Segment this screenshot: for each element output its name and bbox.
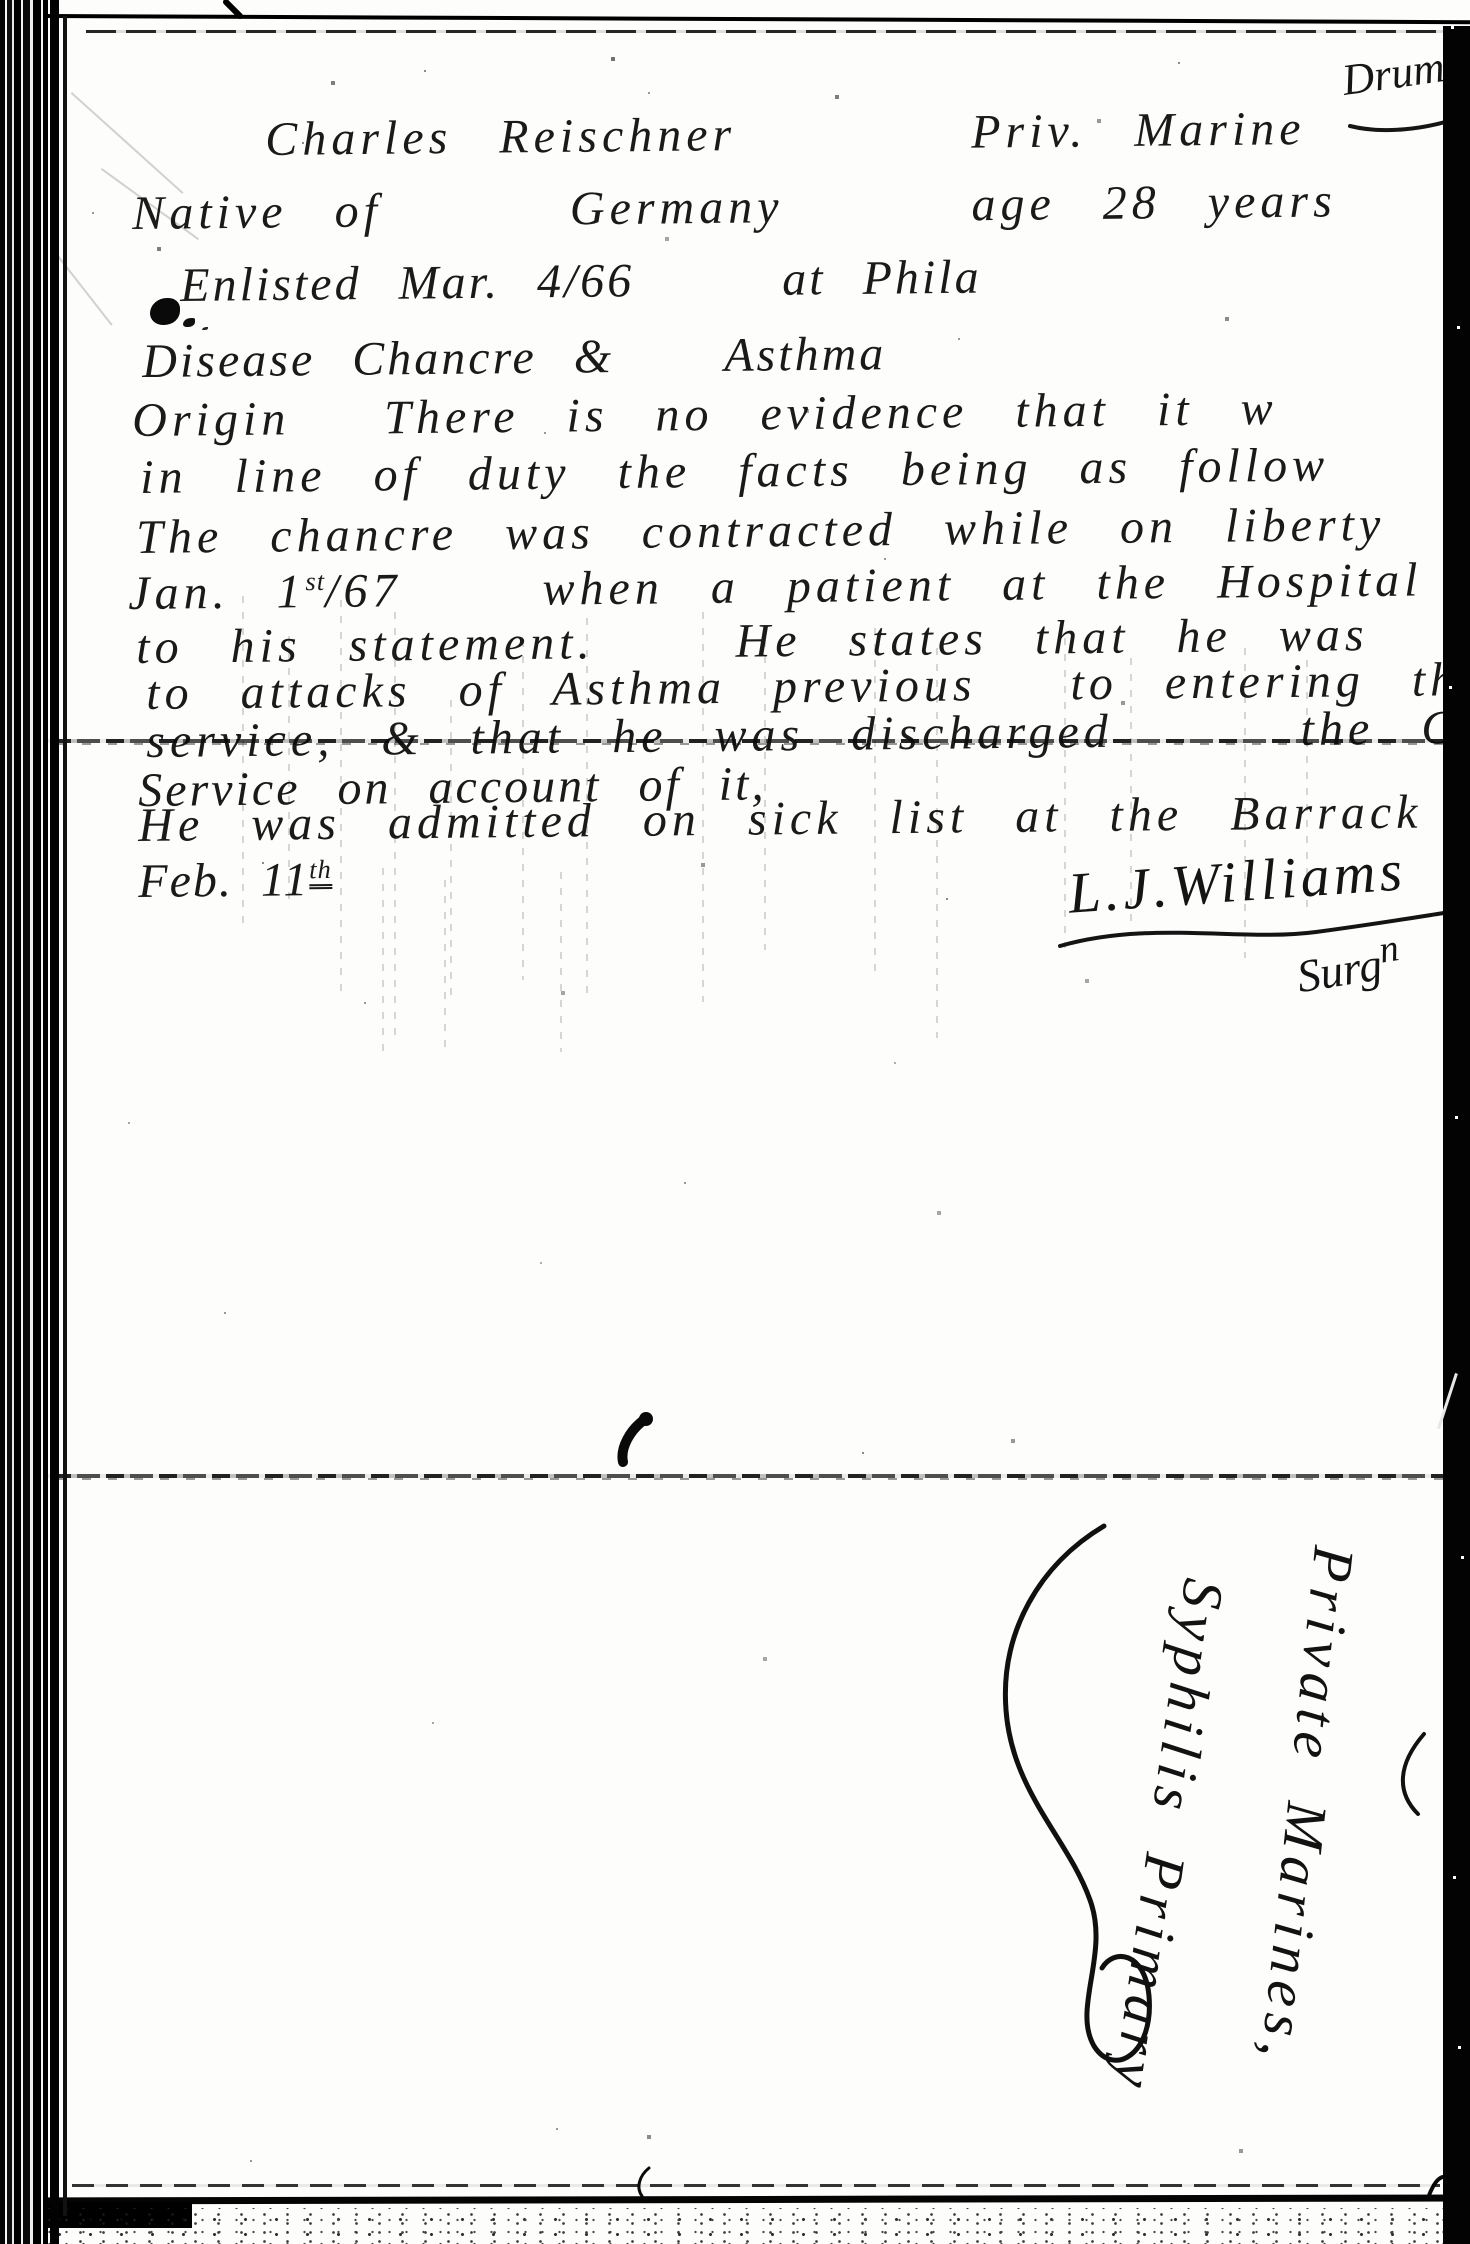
signature: L.J.Williams — [1066, 836, 1408, 926]
stray-ink-mark-head — [639, 1412, 653, 1426]
stray-ink-mark — [622, 1420, 644, 1462]
handwritten-line: in line of duty the facts being as follo… — [140, 440, 1329, 504]
jan-pre: Jan. 1 — [128, 565, 306, 620]
corner-note: Drum — [1339, 41, 1448, 106]
fold-crease-upper — [0, 739, 1470, 743]
ink-blot — [150, 298, 180, 325]
signature-title: Surgn — [1292, 926, 1405, 1003]
handwritten-line: Disease Chancre & Asthma — [142, 328, 886, 388]
page-border-top — [46, 14, 1470, 24]
scratch-mark — [71, 92, 184, 194]
handwritten-line: Charles Reischner Priv. Marine — [265, 103, 1306, 166]
handwritten-line: Origin There is no evidence that it w — [132, 383, 1278, 447]
handwritten-date-line: Feb. 11th — [138, 854, 332, 908]
handwritten-line: Native of Germany age 28 years — [132, 175, 1337, 239]
page-border-bottom — [0, 2194, 1470, 2204]
page-border-left — [63, 16, 67, 2216]
scan-edge-right-band — [1443, 26, 1470, 2244]
binding-edge-line — [50, 0, 59, 2244]
handwritten-line: He was admitted on sick list at the Barr… — [138, 787, 1423, 852]
page-border-bottom-inner — [72, 2184, 1440, 2187]
docket-note-disease: Syphilis Primary — [1099, 1575, 1238, 2099]
bottom-scan-noise — [0, 2208, 1470, 2244]
bottom-tick-mark — [639, 2168, 649, 2196]
bleed-column — [382, 868, 384, 1058]
scanned-document-page: Drum Charles Reischner Priv. Marine Nati… — [0, 0, 1470, 2244]
handwritten-line: Enlisted Mar. 4/66 at Phila — [180, 252, 982, 312]
bleed-column — [560, 872, 562, 1052]
handwritten-line: The chancre was contracted while on libe… — [136, 499, 1386, 564]
bleed-column — [444, 880, 446, 1050]
edge-arc-mark — [1403, 1734, 1424, 1814]
fold-crease-lower — [0, 1474, 1470, 1478]
date-superscript: th — [309, 854, 332, 889]
binding-edge-band — [0, 0, 48, 2244]
signature-title-text: Surg — [1293, 938, 1385, 1002]
page-border-top-inner — [86, 30, 1460, 33]
date-pre: Feb. 11 — [138, 853, 310, 908]
jan-superscript: st — [305, 566, 325, 596]
docket-note-unit: Private Marines, — [1247, 1543, 1368, 2068]
